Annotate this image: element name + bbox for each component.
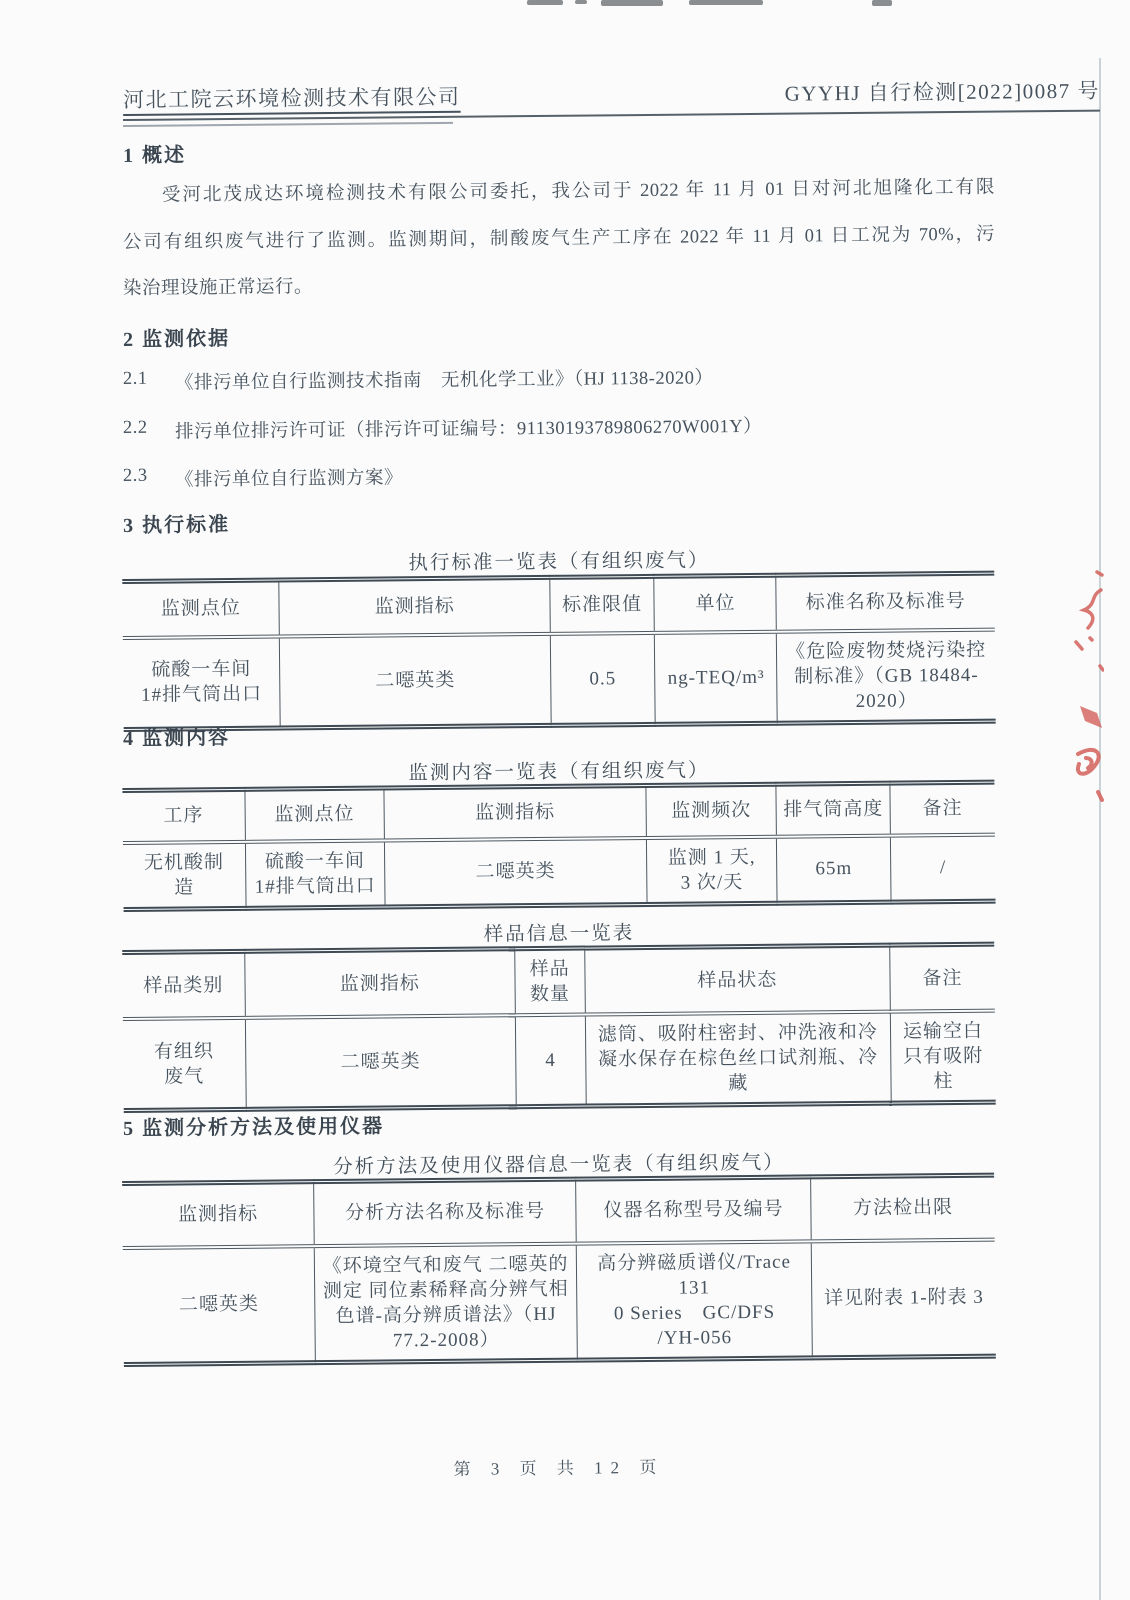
- table-header-cell: 备注: [890, 944, 995, 1012]
- list-item-number: 2.1: [123, 369, 175, 395]
- table-cell: 二噁英类: [385, 837, 647, 906]
- table-header-cell: 仪器名称型号及编号: [576, 1177, 812, 1243]
- monitoring-content-table: 工序 监测点位 监测指标 监测频次 排气筒高度 备注 无机酸制 造 硫酸一车间 …: [122, 780, 995, 912]
- table-cell: 详见附表 1-附表 3: [812, 1239, 996, 1357]
- page-footer: 第 3 页 共 12 页: [123, 1450, 995, 1483]
- table-cell: 无机酸制 造: [123, 841, 246, 909]
- scan-artifact: [527, 0, 563, 5]
- paragraph-line: 受河北茂成达环境检测技术有限公司委托，我公司于 2022 年 11 月 01 日…: [123, 173, 995, 211]
- table-cell: 二噁英类: [245, 1015, 516, 1109]
- table-header-cell: 单位: [654, 575, 777, 632]
- table-cell: 0.5: [550, 632, 655, 725]
- red-seal-fragment: [1064, 558, 1104, 803]
- list-item: 2.3 《排污单位自行监测方案》: [123, 458, 995, 492]
- table-header-cell: 监测点位: [245, 788, 385, 841]
- list-item: 2.2 排污单位排污许可证（排污许可证编号：91130193789806270W…: [123, 410, 995, 444]
- table-header-cell: 标准名称及标准号: [776, 573, 995, 631]
- table-header-cell: 方法检出限: [811, 1175, 995, 1241]
- table-header-cell: 样品 数量: [515, 948, 585, 1015]
- table-header-cell: 分析方法名称及标准号: [314, 1179, 576, 1246]
- table-cell: 《危险废物焚烧污染控制标准》（GB 18484-2020）: [777, 629, 996, 723]
- list-item-text: 《排污单位自行监测技术指南 无机化学工业》（HJ 1138-2020）: [175, 363, 714, 394]
- table-header-cell: 工序: [122, 789, 245, 842]
- table-cell: 二噁英类: [280, 633, 551, 727]
- table-header-cell: 标准限值: [550, 576, 655, 633]
- table-header-cell: 样品状态: [584, 945, 890, 1014]
- list-item-text: 《排污单位自行监测方案》: [175, 463, 403, 491]
- sample-info-table: 样品类别 监测指标 样品 数量 样品状态 备注 有组织 废气 二噁英类 4 滤筒…: [122, 942, 996, 1113]
- header-doc-number: GYYHJ 自行检测[2022]0087 号: [784, 75, 1100, 108]
- table-header-cell: 监测指标: [244, 949, 515, 1018]
- table-cell: /: [890, 834, 995, 902]
- page-edge-line: [1099, 58, 1101, 1600]
- table-header-cell: 监测频次: [646, 784, 777, 837]
- table-cell: 监测 1 天, 3 次/天: [646, 836, 777, 904]
- table-cell: 硫酸一车间 1#排气筒出口: [245, 840, 385, 908]
- table-cell: 65m: [777, 835, 891, 903]
- table-header-cell: 排气筒高度: [776, 783, 890, 836]
- table-cell: 《环境空气和废气 二噁英的测定 同位素稀释高分辨气相色谱-高分辨质谱法》（HJ …: [315, 1243, 578, 1362]
- scan-artifact: [575, 0, 587, 4]
- table-cell: 4: [515, 1015, 586, 1107]
- table-header-cell: 样品类别: [122, 951, 245, 1019]
- table-header-cell: 监测点位: [122, 580, 279, 638]
- table-cell: 硫酸一车间 1#排气筒出口: [123, 636, 281, 729]
- scan-artifact: [601, 0, 663, 6]
- exec-standards-table: 监测点位 监测指标 标准限值 单位 标准名称及标准号 硫酸一车间 1#排气筒出口…: [122, 571, 995, 732]
- section-3-heading: 3 执行标准: [123, 501, 995, 538]
- table-cell: ng-TEQ/m³: [655, 631, 778, 724]
- method-instrument-table: 监测指标 分析方法名称及标准号 仪器名称型号及编号 方法检出限 二噁英类 《环境…: [122, 1173, 996, 1367]
- table-header-cell: 监测指标: [122, 1182, 314, 1248]
- scan-artifact: [689, 0, 763, 5]
- table-cell: 有组织 废气: [123, 1018, 246, 1111]
- table-header-cell: 备注: [890, 782, 995, 835]
- paragraph-line: 染治理设施正常运行。: [123, 266, 995, 304]
- scan-artifact: [872, 0, 892, 6]
- table-header-cell: 监测指标: [279, 577, 550, 636]
- table-cell: 滤筒、吸附柱密封、冲洗液和冷凝水保存在棕色丝口试剂瓶、冷藏: [585, 1012, 891, 1106]
- list-item: 2.1 《排污单位自行监测技术指南 无机化学工业》（HJ 1138-2020）: [123, 361, 995, 395]
- table-header-cell: 监测指标: [384, 785, 646, 840]
- header-rule-fragment: [123, 122, 453, 127]
- table-cell: 二噁英类: [123, 1246, 316, 1364]
- section-1-heading: 1 概述: [123, 131, 995, 168]
- section-2-heading: 2 监测依据: [123, 315, 995, 352]
- table-cell: 高分辨磁质谱仪/Trace 131 0 Series GC/DFS /YH-05…: [576, 1241, 813, 1360]
- table-cell: 运输空白只有吸附柱: [890, 1011, 996, 1104]
- list-item-number: 2.2: [123, 418, 175, 444]
- list-item-number: 2.3: [123, 466, 175, 492]
- list-item-text: 排污单位排污许可证（排污许可证编号：91130193789806270W001Y…: [175, 412, 762, 444]
- paragraph-line: 公司有组织废气进行了监测。监测期间，制酸废气生产工序在 2022 年 11 月 …: [123, 220, 995, 258]
- header-company: 河北工院云环境检测技术有限公司: [123, 81, 461, 114]
